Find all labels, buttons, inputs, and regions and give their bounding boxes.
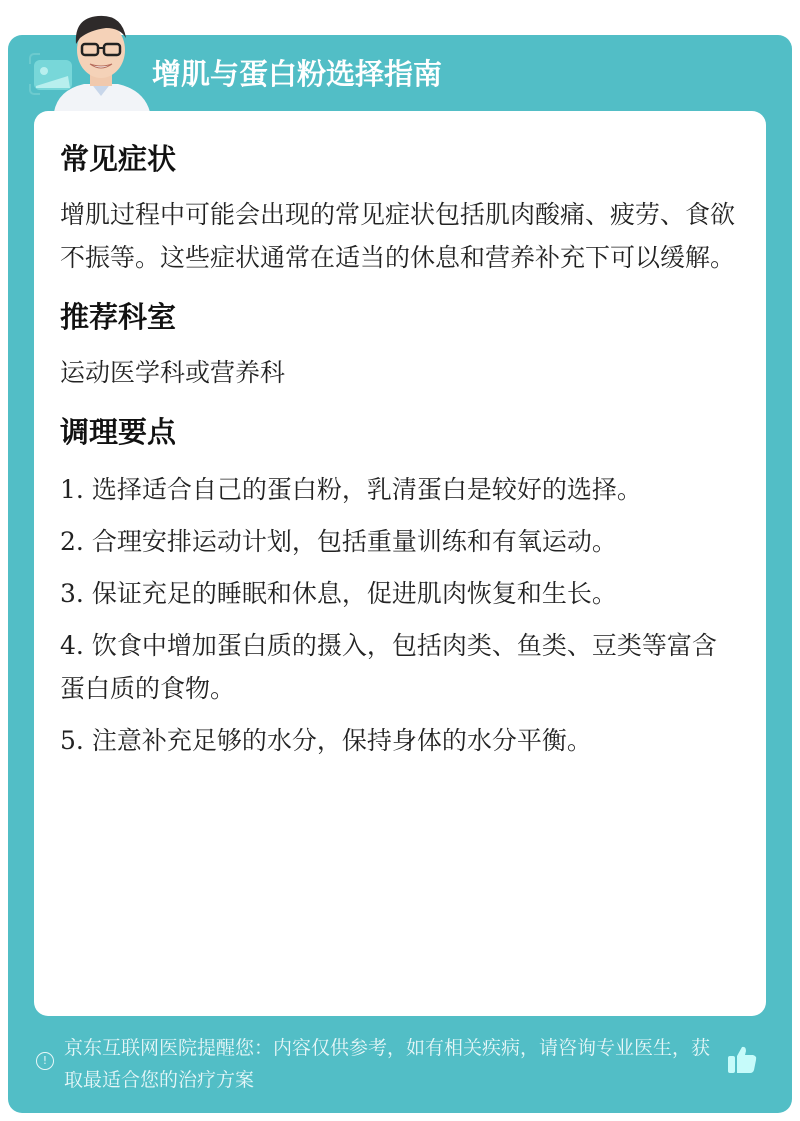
- thumbs-up-icon[interactable]: [726, 1043, 758, 1075]
- section-heading-care-points: 调理要点: [60, 406, 740, 458]
- list-item: 5. 注意补充足够的水分，保持身体的水分平衡。: [60, 719, 740, 762]
- info-circle-icon: !: [36, 1052, 54, 1070]
- page-title: 增肌与蛋白粉选择指南: [152, 52, 442, 93]
- list-item: 4. 饮食中增加蛋白质的摄入，包括肉类、鱼类、豆类等富含蛋白质的食物。: [60, 624, 740, 710]
- content-card: 常见症状 增肌过程中可能会出现的常见症状包括肌肉酸痛、疲劳、食欲不振等。这些症状…: [34, 111, 766, 1016]
- section-heading-department: 推荐科室: [60, 291, 740, 343]
- list-item: 3. 保证充足的睡眠和休息，促进肌肉恢复和生长。: [60, 572, 740, 615]
- symptoms-text: 增肌过程中可能会出现的常见症状包括肌肉酸痛、疲劳、食欲不振等。这些症状通常在适当…: [60, 193, 740, 279]
- list-item: 2. 合理安排运动计划，包括重量训练和有氧运动。: [60, 520, 740, 563]
- disclaimer-footer: ! 京东互联网医院提醒您：内容仅供参考，如有相关疾病，请咨询专业医生，获取最适合…: [36, 1032, 726, 1096]
- department-text: 运动医学科或营养科: [60, 351, 740, 394]
- list-item: 1. 选择适合自己的蛋白粉，乳清蛋白是较好的选择。: [60, 468, 740, 511]
- section-heading-symptoms: 常见症状: [60, 133, 740, 185]
- doctor-avatar: [46, 8, 156, 112]
- disclaimer-text: 京东互联网医院提醒您：内容仅供参考，如有相关疾病，请咨询专业医生，获取最适合您的…: [64, 1032, 726, 1096]
